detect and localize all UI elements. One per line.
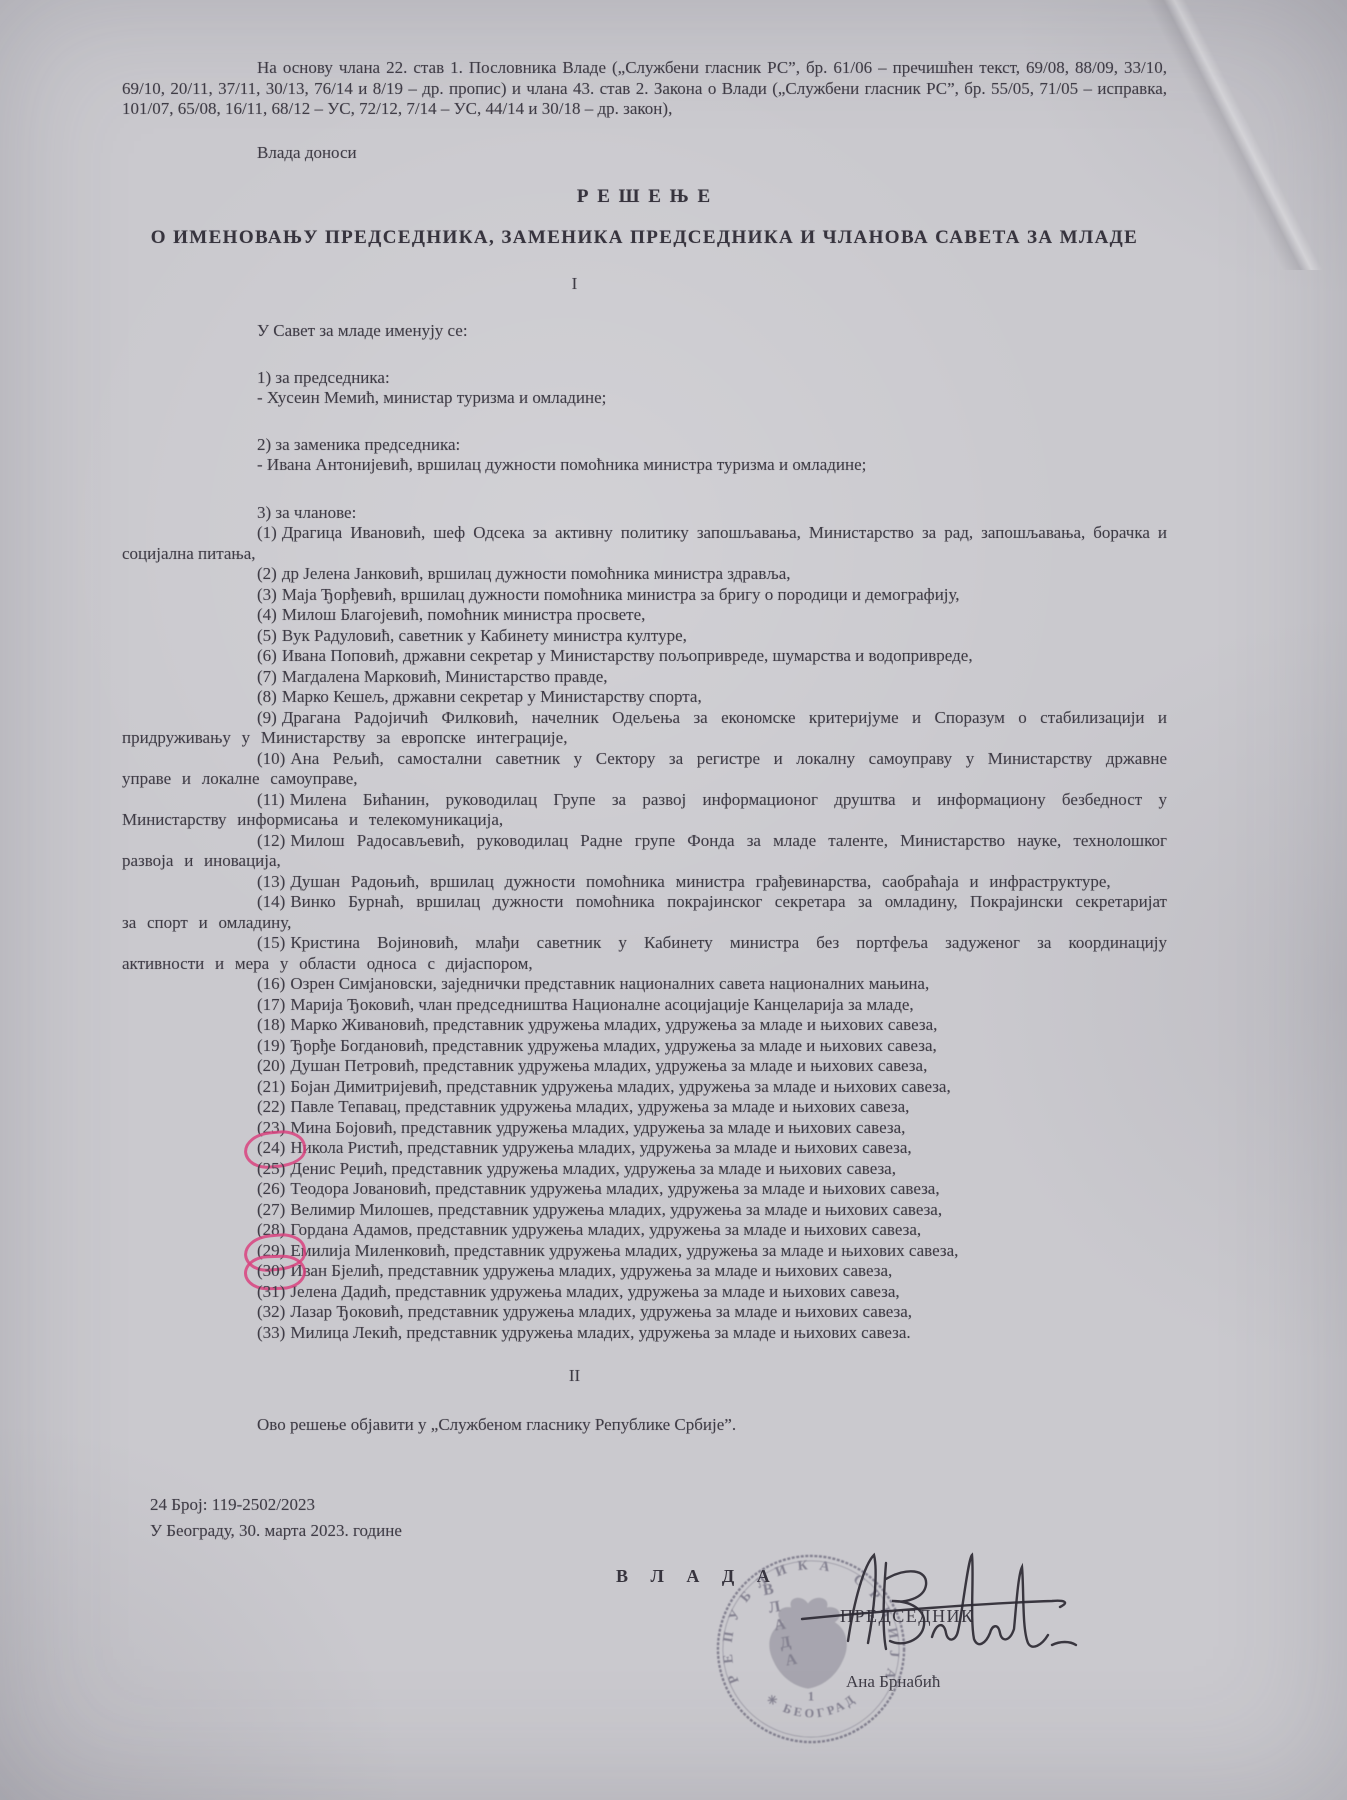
- member-text: Гордана Адамов, представник удружења мла…: [290, 1220, 921, 1239]
- member-number: (25): [257, 1159, 285, 1180]
- signature-stroke-b: [884, 1563, 926, 1649]
- member-number: (10): [257, 749, 285, 770]
- member-number: (29): [257, 1241, 285, 1262]
- member-number: (33): [257, 1323, 285, 1344]
- member-number: (32): [257, 1302, 285, 1323]
- member-number: (9): [257, 708, 277, 729]
- council-member-item: (13)Душан Радоњић, вршилац дужности помо…: [122, 872, 1167, 893]
- council-member-item: (5)Вук Радуловић, саветник у Кабинету ми…: [122, 626, 1167, 647]
- council-member-item: (10)Ана Рељић, самостални саветник у Сек…: [122, 749, 1167, 790]
- member-number: (17): [257, 995, 285, 1016]
- member-text: Марија Ђоковић, члан председништва Нацио…: [290, 995, 913, 1014]
- member-number: (4): [257, 605, 277, 626]
- member-number: (30): [257, 1261, 285, 1282]
- council-member-item: (2)др Јелена Јанковић, вршилац дужности …: [122, 564, 1167, 585]
- reference-number: 24 Број: 119-2502/2023: [150, 1492, 402, 1518]
- member-number: (14): [257, 892, 285, 913]
- signatory-name: Ана Брнабић: [846, 1672, 940, 1692]
- member-text: Бојан Димитријевић, представник удружења…: [290, 1077, 950, 1096]
- signature-stroke-a: [848, 1555, 876, 1643]
- member-text: Драгана Радојичић Филковић, начелник Оде…: [122, 708, 1167, 748]
- signature-stroke-tail: [1052, 1642, 1076, 1645]
- decision-title: Р Е Ш Е Њ Е: [122, 186, 1167, 208]
- member-number: (2): [257, 564, 277, 585]
- member-text: Велимир Милошев, представник удружења мл…: [290, 1200, 942, 1219]
- member-number: (26): [257, 1179, 285, 1200]
- member-text: Милош Благојевић, помоћник министра прос…: [282, 605, 646, 624]
- council-member-item: (9)Драгана Радојичић Филковић, начелник …: [122, 708, 1167, 749]
- council-member-item: (4)Милош Благојевић, помоћник министра п…: [122, 605, 1167, 626]
- member-text: Душан Радоњић, вршилац дужности помоћник…: [290, 872, 1110, 891]
- member-number: (1): [257, 523, 277, 544]
- council-member-item: (25)Денис Реџић, представник удружења мл…: [122, 1159, 1167, 1180]
- deputy-entry: - Ивана Антонијевић, вршилац дужности по…: [122, 455, 1167, 476]
- council-member-item: (8)Марко Кешељ, државни секретар у Минис…: [122, 687, 1167, 708]
- member-text: Мина Бојовић, представник удружења млади…: [290, 1118, 905, 1137]
- member-number: (13): [257, 872, 285, 893]
- member-number: (5): [257, 626, 277, 647]
- scanned-document-page: На основу члана 22. став 1. Пословника В…: [0, 0, 1347, 1800]
- members-heading: 3) за чланове:: [122, 503, 1167, 524]
- member-text: Ђорђе Богдановић, представник удружења м…: [290, 1036, 936, 1055]
- member-number: (16): [257, 974, 285, 995]
- member-text: Емилија Миленковић, представник удружења…: [290, 1241, 958, 1260]
- member-text: Јелена Дадић, представник удружења млади…: [290, 1282, 899, 1301]
- section-2-marker: II: [52, 1365, 1097, 1387]
- member-number: (19): [257, 1036, 285, 1057]
- member-number: (15): [257, 933, 285, 954]
- council-member-item: (20)Душан Петровић, представник удружења…: [122, 1056, 1167, 1077]
- council-member-item: (28)Гордана Адамов, представник удружења…: [122, 1220, 1167, 1241]
- council-member-item: (32)Лазар Ђоковић, представник удружења …: [122, 1302, 1167, 1323]
- legal-basis-paragraph: На основу члана 22. став 1. Пословника В…: [122, 58, 1167, 120]
- chairman-clause: 1) за председника: - Хусеин Мемић, минис…: [122, 368, 1167, 409]
- council-member-item: (1)Драгица Ивановић, шеф Одсека за актив…: [122, 523, 1167, 564]
- council-member-item: (15)Кристина Војиновић, млађи саветник у…: [122, 933, 1167, 974]
- member-number: (11): [257, 790, 285, 811]
- member-number: (8): [257, 687, 277, 708]
- member-text: Душан Петровић, представник удружења мла…: [290, 1056, 927, 1075]
- council-member-item: (16)Озрен Симјановски, заједнички предст…: [122, 974, 1167, 995]
- council-member-item: (27)Велимир Милошев, представник удружењ…: [122, 1200, 1167, 1221]
- council-member-item: (29)Емилија Миленковић, представник удру…: [122, 1241, 1167, 1262]
- member-text: Теодора Јовановић, представник удружења …: [290, 1179, 939, 1198]
- member-text: Милица Лекић, представник удружења млади…: [290, 1323, 910, 1342]
- member-text: Магдалена Марковић, Министарство правде,: [282, 667, 608, 686]
- council-member-item: (7)Магдалена Марковић, Министарство прав…: [122, 667, 1167, 688]
- council-member-item: (19)Ђорђе Богдановић, представник удруже…: [122, 1036, 1167, 1057]
- council-member-item: (24)Никола Ристић, представник удружења …: [122, 1138, 1167, 1159]
- member-text: др Јелена Јанковић, вршилац дужности пом…: [282, 564, 791, 583]
- section-1-marker: I: [52, 273, 1097, 295]
- member-number: (12): [257, 831, 285, 852]
- council-member-item: (22)Павле Тепавац, представник удружења …: [122, 1097, 1167, 1118]
- member-number: (20): [257, 1056, 285, 1077]
- member-text: Маја Ђорђевић, вршилац дужности помоћник…: [282, 585, 960, 604]
- member-number: (23): [257, 1118, 285, 1139]
- member-text: Иван Бјелић, представник удружења младих…: [290, 1261, 892, 1280]
- member-number: (7): [257, 667, 277, 688]
- council-member-item: (18)Марко Живановић, представник удружењ…: [122, 1015, 1167, 1036]
- deputy-heading: 2) за заменика председника:: [122, 435, 1167, 456]
- council-member-item: (31)Јелена Дадић, представник удружења м…: [122, 1282, 1167, 1303]
- member-number: (22): [257, 1097, 285, 1118]
- chairman-entry: - Хусеин Мемић, министар туризма и омлад…: [122, 388, 1167, 409]
- member-number: (31): [257, 1282, 285, 1303]
- chairman-heading: 1) за председника:: [122, 368, 1167, 389]
- member-number: (27): [257, 1200, 285, 1221]
- member-text: Денис Реџић, представник удружења младих…: [290, 1159, 896, 1178]
- council-member-item: (33)Милица Лекић, представник удружења м…: [122, 1323, 1167, 1344]
- member-number: (21): [257, 1077, 285, 1098]
- council-member-item: (3)Маја Ђорђевић, вршилац дужности помоћ…: [122, 585, 1167, 606]
- reference-block: 24 Број: 119-2502/2023 У Београду, 30. м…: [150, 1492, 402, 1544]
- council-member-item: (17)Марија Ђоковић, члан председништва Н…: [122, 995, 1167, 1016]
- decision-subtitle: О ИМЕНОВАЊУ ПРЕДСЕДНИКА, ЗАМЕНИКА ПРЕДСЕ…: [122, 227, 1167, 249]
- council-member-item: (12)Милош Радосављевић, руководилац Радн…: [122, 831, 1167, 872]
- member-text: Никола Ристић, представник удружења млад…: [290, 1138, 911, 1157]
- council-member-item: (23)Мина Бојовић, представник удружења м…: [122, 1118, 1167, 1139]
- member-number: (3): [257, 585, 277, 606]
- member-text: Вук Радуловић, саветник у Кабинету минис…: [282, 626, 687, 645]
- member-text: Павле Тепавац, представник удружења млад…: [290, 1097, 909, 1116]
- member-text: Озрен Симјановски, заједнички представни…: [290, 974, 929, 993]
- council-member-item: (6)Ивана Поповић, државни секретар у Мин…: [122, 646, 1167, 667]
- publication-clause: Ово решење објавити у „Службеном гласник…: [122, 1415, 1167, 1436]
- council-member-item: (21)Бојан Димитријевић, представник удру…: [122, 1077, 1167, 1098]
- member-text: Драгица Ивановић, шеф Одсека за активну …: [122, 523, 1167, 563]
- appointment-lead: У Савет за младе именују се:: [122, 321, 1167, 342]
- member-text: Марко Кешељ, државни секретар у Министар…: [282, 687, 702, 706]
- member-text: Марко Живановић, представник удружења мл…: [290, 1015, 937, 1034]
- member-text: Ивана Поповић, државни секретар у Минист…: [282, 646, 973, 665]
- council-member-item: (30)Иван Бјелић, представник удружења мл…: [122, 1261, 1167, 1282]
- member-number: (24): [257, 1138, 285, 1159]
- document-body: На основу члана 22. став 1. Пословника В…: [122, 0, 1167, 1436]
- enacting-clause: Влада доноси: [122, 143, 1167, 164]
- member-text: Лазар Ђоковић, представник удружења млад…: [290, 1302, 912, 1321]
- council-member-item: (14)Винко Бурнаћ, вршилац дужности помоћ…: [122, 892, 1167, 933]
- signature-stroke-cross: [802, 1601, 1065, 1619]
- members-list: (1)Драгица Ивановић, шеф Одсека за актив…: [122, 523, 1167, 1343]
- place-and-date: У Београду, 30. марта 2023. године: [150, 1518, 402, 1544]
- member-number: (6): [257, 646, 277, 667]
- council-member-item: (26)Теодора Јовановић, представник удруж…: [122, 1179, 1167, 1200]
- member-number: (18): [257, 1015, 285, 1036]
- deputy-clause: 2) за заменика председника: - Ивана Анто…: [122, 435, 1167, 476]
- member-number: (28): [257, 1220, 285, 1241]
- council-member-item: (11)Милена Бићанин, руководилац Групе за…: [122, 790, 1167, 831]
